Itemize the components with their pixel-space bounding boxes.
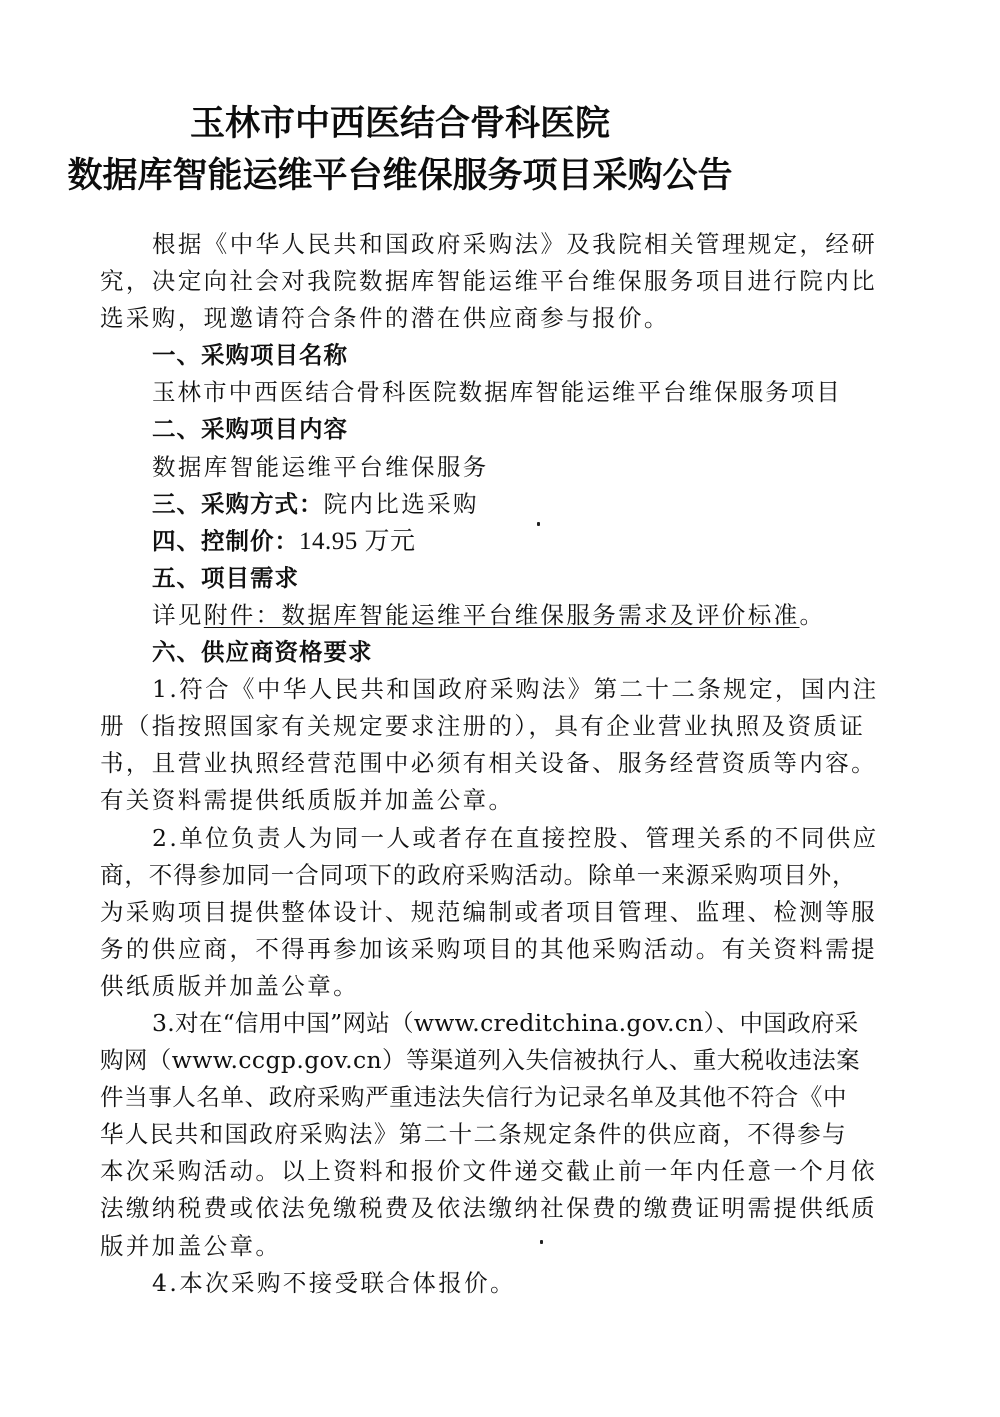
section-5-row: 详见附件：数据库智能运维平台维保服务需求及评价标准。 xyxy=(100,597,902,634)
document-title: 玉林市中西医结合骨科医院 数据库智能运维平台维保服务项目采购公告 xyxy=(0,98,900,202)
item-1-line: 1.符合《中华人民共和国政府采购法》第二十二条规定，国内注 xyxy=(100,671,902,708)
section-5-prefix: 详见 xyxy=(152,601,204,629)
item-3-line: 法缴纳税费或依法免缴税费及依法缴纳社保费的缴费证明需提供纸质 xyxy=(100,1190,902,1227)
item-3-line: 购网（www.ccgp.gov.cn）等渠道列入失信被执行人、重大税收违法案 xyxy=(100,1042,902,1079)
section-4-value: 14.95 万元 xyxy=(299,528,416,555)
section-2-heading: 二、采购项目内容 xyxy=(100,411,902,448)
attachment-link[interactable]: 附件：数据库智能运维平台维保服务需求及评价标准 xyxy=(204,601,800,629)
item-1-line: 册（指按照国家有关规定要求注册的），具有企业营业执照及资质证 xyxy=(100,708,902,745)
item-2-line: 务的供应商，不得再参加该采购项目的其他采购活动。有关资料需提 xyxy=(100,931,902,968)
intro-line: 究，决定向社会对我院数据库智能运维平台维保服务项目进行院内比 xyxy=(100,263,902,300)
item-2-line: 2.单位负责人为同一人或者存在直接控股、管理关系的不同供应 xyxy=(100,820,902,857)
intro-line: 选采购，现邀请符合条件的潜在供应商参与报价。 xyxy=(100,300,902,337)
scan-speck xyxy=(537,522,540,526)
item-3-line: 3.对在“信用中国”网站（www.creditchina.gov.cn）、中国政… xyxy=(100,1005,902,1042)
document-body: 根据《中华人民共和国政府采购法》及我院相关管理规定，经研 究，决定向社会对我院数… xyxy=(100,226,902,1302)
section-3-value: 院内比选采购 xyxy=(324,490,479,518)
scan-speck xyxy=(540,1240,543,1244)
section-1-content: 玉林市中西医结合骨科医院数据库智能运维平台维保服务项目 xyxy=(100,374,902,411)
item-4-line: 4.本次采购不接受联合体报价。 xyxy=(100,1265,902,1302)
section-3-row: 三、采购方式：院内比选采购 xyxy=(100,486,902,523)
item-1-line: 书，且营业执照经营范围中必须有相关设备、服务经营资质等内容。 xyxy=(100,745,902,782)
section-4-row: 四、控制价：14.95 万元 xyxy=(100,523,902,560)
item-3-line: 件当事人名单、政府采购严重违法失信行为记录名单及其他不符合《中 xyxy=(100,1079,902,1116)
item-1-line: 有关资料需提供纸质版并加盖公章。 xyxy=(100,782,902,819)
item-2-line: 商，不得参加同一合同项下的政府采购活动。除单一来源采购项目外， xyxy=(100,857,902,894)
title-line-1: 玉林市中西医结合骨科医院 xyxy=(0,98,900,150)
item-3-line: 版并加盖公章。 xyxy=(100,1228,902,1265)
item-2-line: 供纸质版并加盖公章。 xyxy=(100,968,902,1005)
item-3-line: 华人民共和国政府采购法》第二十二条规定条件的供应商，不得参与 xyxy=(100,1116,902,1153)
section-4-heading: 四、控制价： xyxy=(152,527,299,555)
section-5-suffix: 。 xyxy=(800,601,826,629)
intro-line: 根据《中华人民共和国政府采购法》及我院相关管理规定，经研 xyxy=(100,226,902,263)
section-2-content: 数据库智能运维平台维保服务 xyxy=(100,449,902,486)
item-3-line: 本次采购活动。以上资料和报价文件递交截止前一年内任意一个月依 xyxy=(100,1153,902,1190)
item-2-line: 为采购项目提供整体设计、规范编制或者项目管理、监理、检测等服 xyxy=(100,894,902,931)
section-1-heading: 一、采购项目名称 xyxy=(100,337,902,374)
title-line-2: 数据库智能运维平台维保服务项目采购公告 xyxy=(0,150,900,202)
section-5-heading: 五、项目需求 xyxy=(100,560,902,597)
section-3-heading: 三、采购方式： xyxy=(152,490,324,518)
section-6-heading: 六、供应商资格要求 xyxy=(100,634,902,671)
